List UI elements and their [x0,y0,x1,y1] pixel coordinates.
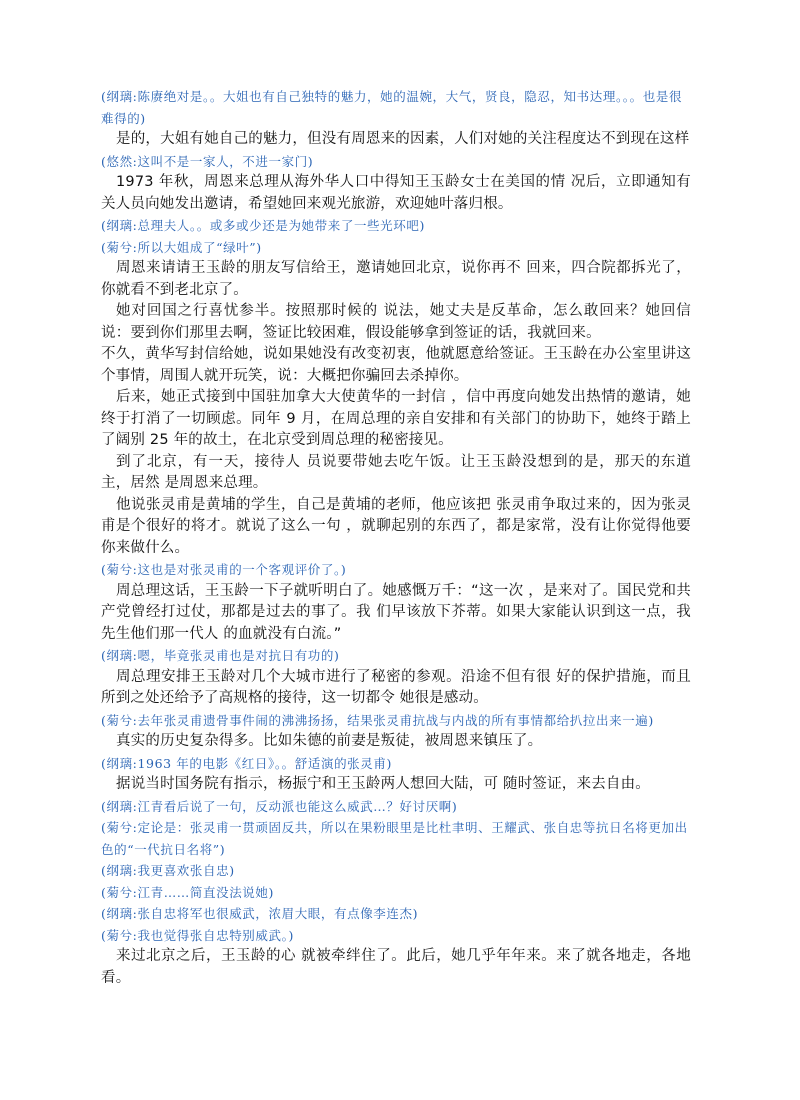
comment-annotation: (菊兮:去年张灵甫遗骨事件闹的沸沸扬扬，结果张灵甫抗战与内战的所有事情都给扒拉出… [101,710,691,732]
body-paragraph: 周恩来请请王玉龄的朋友写信给王，邀请她回北京，说你再不 回来，四合院都拆光了，你… [101,258,691,301]
document-page: (纲璃:陈赓绝对是。。大姐也有自己独特的魅力，她的温婉，大气，贤良，隐忍，知书达… [101,86,691,989]
comment-annotation: (纲璃:张自忠将军也很威武，浓眉大眼，有点像李连杰) [101,903,691,925]
comment-annotation: (纲璃:陈赓绝对是。。大姐也有自己独特的魅力，她的温婉，大气，贤良，隐忍，知书达… [101,86,691,129]
body-paragraph: 后来，她正式接到中国驻加拿大大使黄华的一封信 ，信中再度向她发出热情的邀请，她终… [101,387,691,452]
body-paragraph: 据说当时国务院有指示，杨振宁和王玉龄两人想回大陆，可 随时签证，来去自由。 [101,774,691,796]
comment-annotation: (菊兮:我也觉得张自忠特别威武。) [101,925,691,947]
body-paragraph: 是的，大姐有她自己的魅力，但没有周恩来的因素，人们对她的关注程度达不到现在这样 [101,129,691,151]
body-paragraph: 真实的历史复杂得多。比如朱德的前妻是叛徒，被周恩来镇压了。 [101,731,691,753]
body-paragraph: 1973 年秋，周恩来总理从海外华人口中得知王玉龄女士在美国的情 况后，立即通知… [101,172,691,215]
body-paragraph: 周总理安排王玉龄对几个大城市进行了秘密的参观。沿途不但有很 好的保护措施，而且所… [101,667,691,710]
comment-annotation: (纲璃:总理夫人。。或多或少还是为她带来了一些光环吧) [101,215,691,237]
body-paragraph: 她对回国之行喜忧参半。按照那时候的 说法，她丈夫是反革命，怎么敢回来？她回信说：… [101,301,691,344]
comment-annotation: (菊兮:定论是：张灵甫一贯顽固反共，所以在果粉眼里是比杜聿明、王耀武、张自忠等抗… [101,817,691,860]
body-paragraph: 不久，黄华写封信给她，说如果她没有改变初衷，他就愿意给签证。王玉龄在办公室里讲这… [101,344,691,387]
comment-annotation: (悠然:这叫不是一家人，不进一家门) [101,151,691,173]
body-paragraph: 周总理这话，王玉龄一下子就听明白了。她感慨万千：“这一次 ，是来对了。国民党和共… [101,581,691,646]
comment-annotation: (纲璃:1963 年的电影《红日》。。舒适演的张灵甫) [101,753,691,775]
comment-annotation: (菊兮:这也是对张灵甫的一个客观评价了。) [101,559,691,581]
comment-annotation: (纲璃:我更喜欢张自忠) [101,860,691,882]
comment-annotation: (纲璃:嗯，毕竟张灵甫也是对抗日有功的) [101,645,691,667]
body-paragraph: 到了北京，有一天，接待人 员说要带她去吃午饭。让王玉龄没想到的是，那天的东道主，… [101,452,691,495]
body-paragraph: 来过北京之后，王玉龄的心 就被牵绊住了。此后，她几乎年年来。来了就各地走，各地看… [101,946,691,989]
comment-annotation: (纲璃:江青看后说了一句，反动派也能这么威武…？好讨厌啊) [101,796,691,818]
comment-annotation: (菊兮:江青……简直没法说她) [101,882,691,904]
comment-annotation: (菊兮:所以大姐成了“绿叶”) [101,237,691,259]
body-paragraph: 他说张灵甫是黄埔的学生，自己是黄埔的老师，他应该把 张灵甫争取过来的，因为张灵甫… [101,495,691,560]
